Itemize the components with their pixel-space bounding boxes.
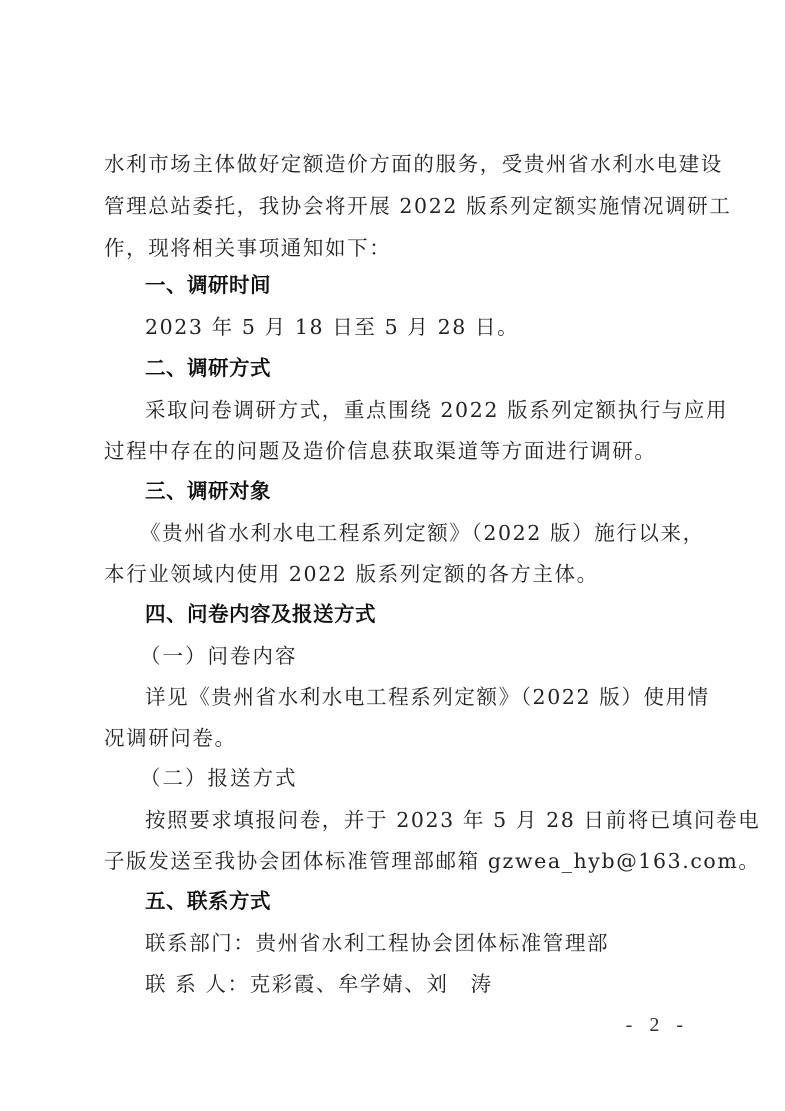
subsection-heading-2: （二）报送方式 <box>140 764 298 792</box>
section-heading-2: 二、调研方式 <box>145 354 271 382</box>
body-text-line: 况调研问卷。 <box>104 724 237 752</box>
section-heading-3: 三、调研对象 <box>145 477 271 505</box>
body-text-line: 采取问卷调研方式，重点围绕 2022 版系列定额执行与应用 <box>145 396 728 424</box>
body-text-line: 按照要求填报问卷，并于 2023 年 5 月 28 日前将已填问卷电 <box>145 806 760 834</box>
contact-persons: 联 系 人：克彩霞、牟学婧、刘 涛 <box>145 970 493 998</box>
body-text-line: 子版发送至我协会团体标准管理部邮箱 gzwea_hyb@163.com。 <box>104 847 761 875</box>
section-heading-4: 四、问卷内容及报送方式 <box>145 600 376 628</box>
subsection-heading-1: （一）问卷内容 <box>140 642 298 670</box>
body-text-line: 水利市场主体做好定额造价方面的服务，受贵州省水利水电建设 <box>104 150 723 178</box>
body-text-line: 2023 年 5 月 18 日至 5 月 28 日。 <box>145 313 519 341</box>
body-text-line: 过程中存在的问题及造价信息获取渠道等方面进行调研。 <box>104 437 657 465</box>
page-number: - 2 - <box>626 1014 689 1037</box>
section-heading-1: 一、调研时间 <box>145 271 271 299</box>
document-page: 水利市场主体做好定额造价方面的服务，受贵州省水利水电建设 管理总站委托，我协会将… <box>0 0 785 1111</box>
contact-department: 联系部门：贵州省水利工程协会团体标准管理部 <box>145 929 609 957</box>
section-heading-5: 五、联系方式 <box>145 887 271 915</box>
body-text-line: 管理总站委托，我协会将开展 2022 版系列定额实施情况调研工 <box>104 192 731 220</box>
body-text-line: 《贵州省水利水电工程系列定额》（2022 版）施行以来， <box>140 519 705 547</box>
body-text-line: 详见《贵州省水利水电工程系列定额》（2022 版）使用情 <box>145 683 710 711</box>
body-text-line: 作，现将相关事项通知如下： <box>104 234 391 262</box>
body-text-line: 本行业领域内使用 2022 版系列定额的各方主体。 <box>104 560 599 588</box>
